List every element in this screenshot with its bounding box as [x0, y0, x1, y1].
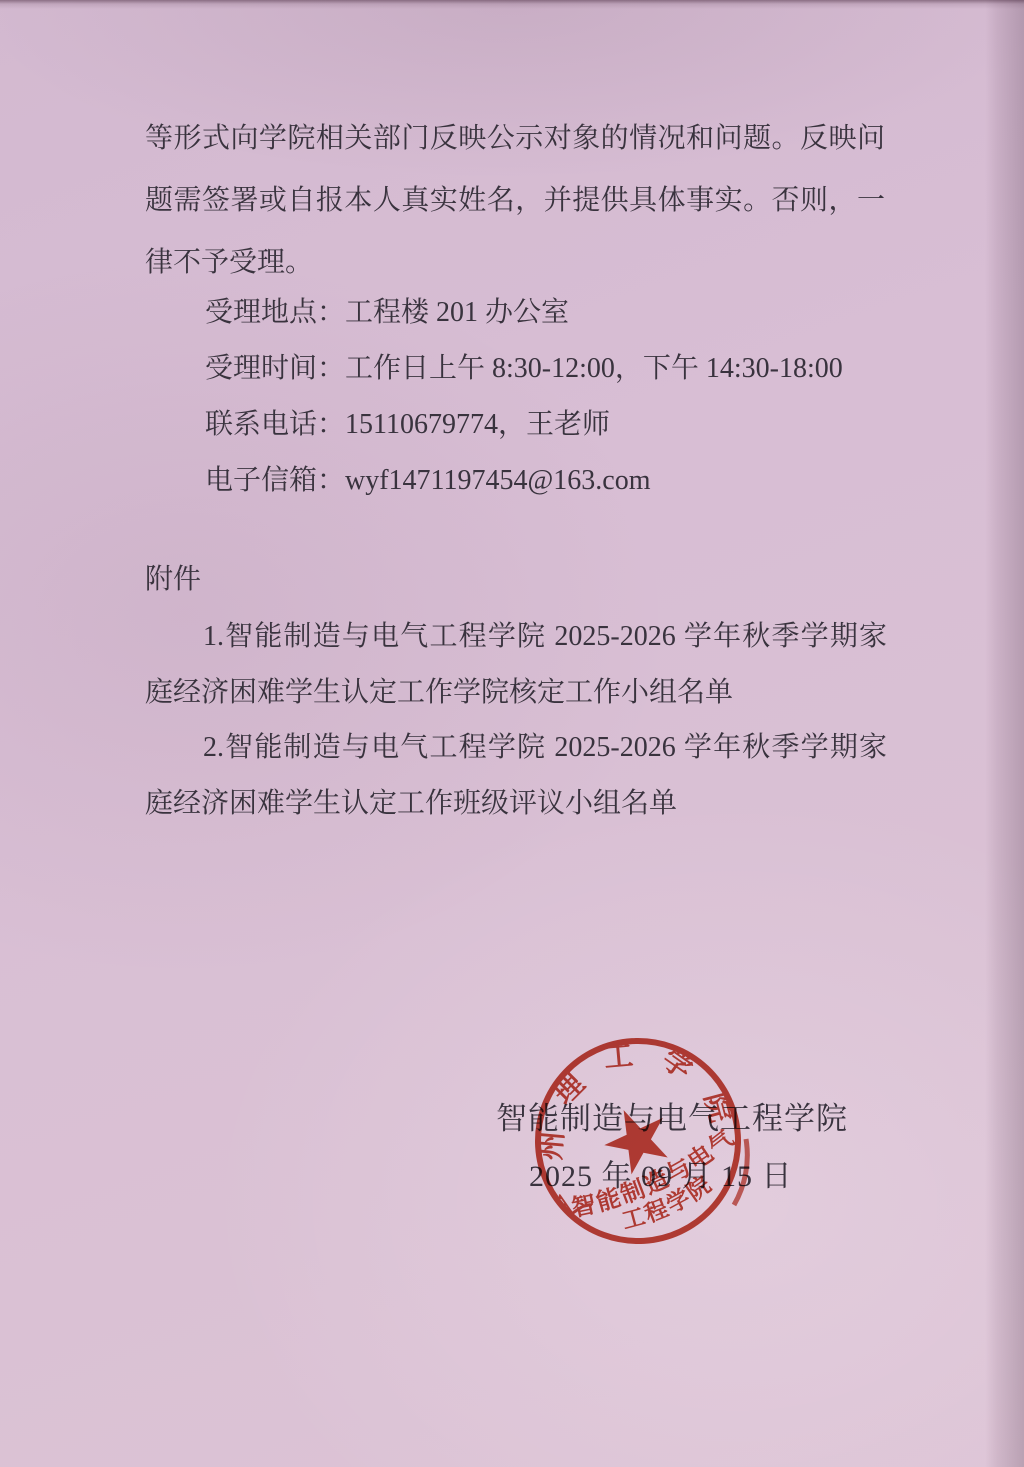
contact-email: 电子信箱：wyf1471197454@163.com [205, 453, 843, 509]
body-line: 等形式向学院相关部门反映公示对象的情况和问题。反映问 [145, 108, 885, 170]
document-page: 等形式向学院相关部门反映公示对象的情况和问题。反映问 题需签署或自报本人真实姓名… [0, 0, 1024, 1467]
attachment-line: 庭经济困难学生认定工作班级评议小组名单 [145, 776, 887, 832]
attachment-line: 1.智能制造与电气工程学院 2025-2026 学年秋季学期家 [145, 609, 887, 665]
body-paragraph: 等形式向学院相关部门反映公示对象的情况和问题。反映问 题需签署或自报本人真实姓名… [145, 108, 885, 294]
attachment-line: 庭经济困难学生认定工作学院核定工作小组名单 [145, 665, 887, 721]
attachment-line: 2.智能制造与电气工程学院 2025-2026 学年秋季学期家 [145, 720, 887, 776]
attachment-item-2: 2.智能制造与电气工程学院 2025-2026 学年秋季学期家 庭经济困难学生认… [145, 720, 887, 832]
seal-body: 广州理工学院 智能制造与电气 工程学院 [503, 1006, 773, 1276]
contact-location: 受理地点：工程楼 201 办公室 [205, 285, 843, 341]
contact-phone: 联系电话：15110679774，王老师 [205, 397, 843, 453]
attachment-item-1: 1.智能制造与电气工程学院 2025-2026 学年秋季学期家 庭经济困难学生认… [145, 609, 887, 721]
body-line: 题需签署或自报本人真实姓名，并提供具体事实。否则，一 [145, 170, 885, 232]
contact-info: 受理地点：工程楼 201 办公室 受理时间：工作日上午 8:30-12:00，下… [205, 285, 843, 509]
attachments-label: 附件 [145, 560, 201, 600]
official-seal: 广州理工学院 智能制造与电气 工程学院 [503, 1006, 773, 1276]
contact-hours: 受理时间：工作日上午 8:30-12:00，下午 14:30-18:00 [205, 341, 843, 397]
